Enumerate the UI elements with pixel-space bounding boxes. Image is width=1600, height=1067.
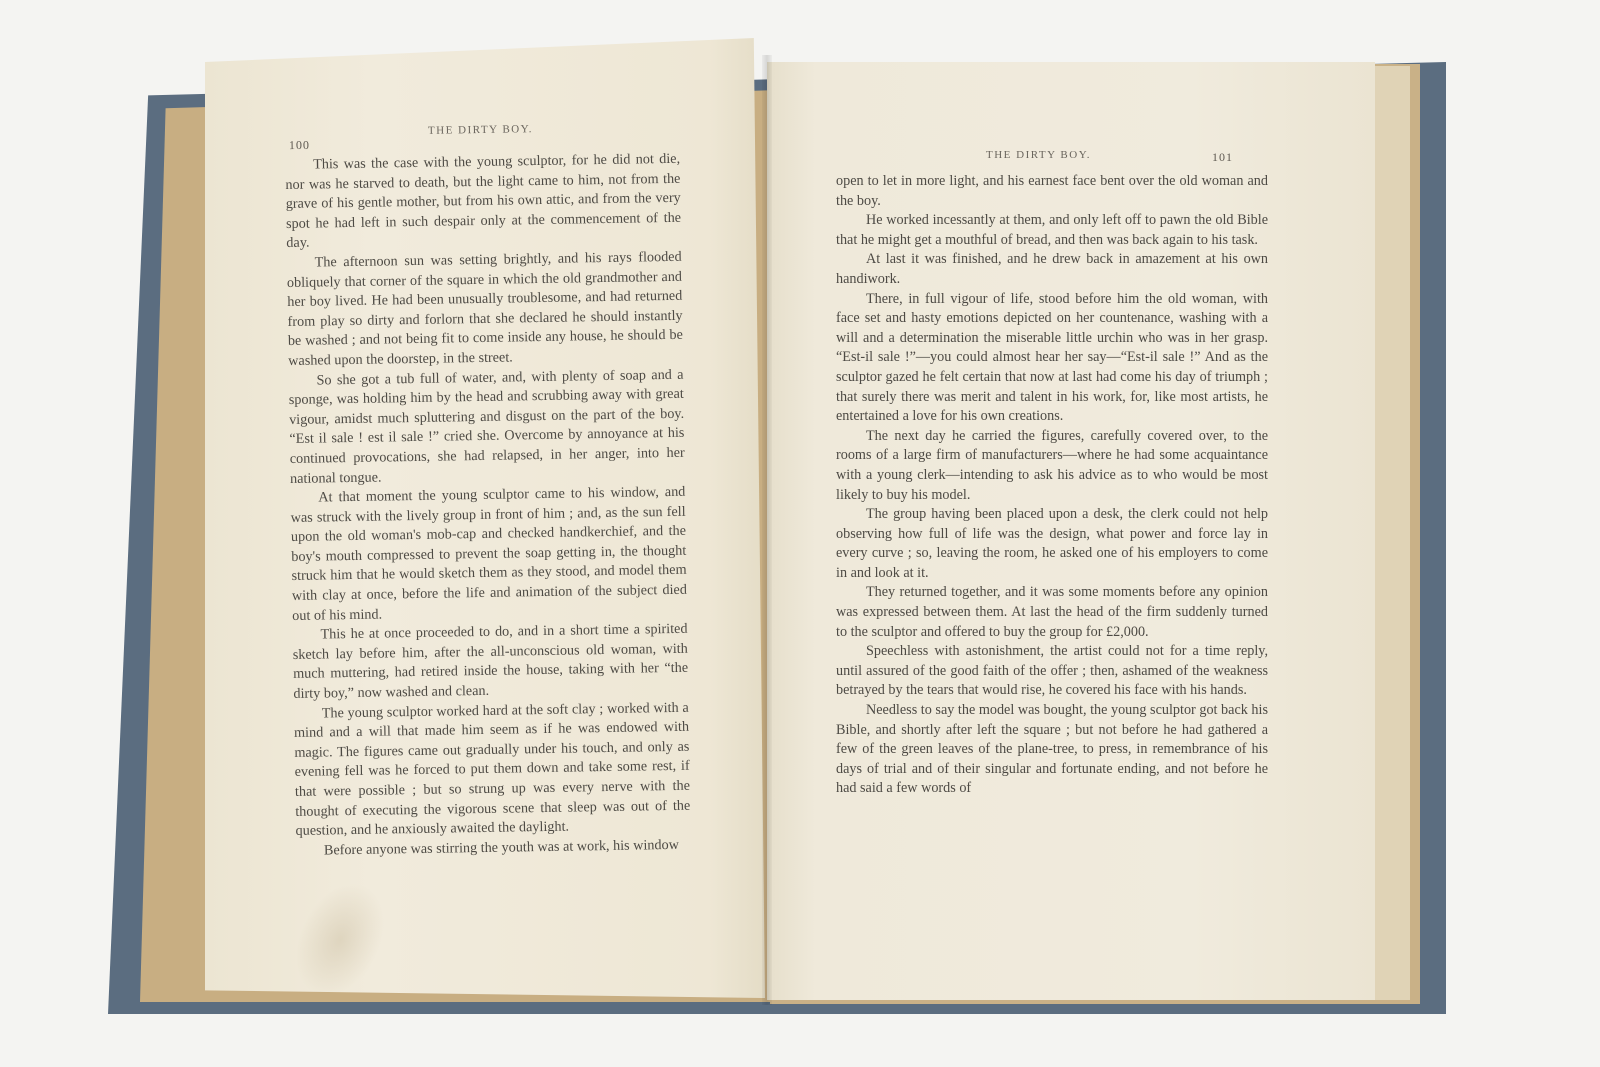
left-page-number: 100 — [289, 138, 310, 153]
book-gutter — [762, 55, 772, 1005]
paragraph: So she got a tub full of water, and, wit… — [288, 365, 685, 489]
paragraph: The afternoon sun was setting brightly, … — [287, 248, 684, 372]
paragraph: He worked incessantly at them, and only … — [836, 211, 1268, 250]
left-running-head: THE DIRTY BOY. — [428, 123, 533, 137]
paragraph: Speechless with astonishment, the artist… — [836, 642, 1268, 701]
right-page-text: open to let in more light, and his earne… — [836, 172, 1268, 799]
paragraph: The group having been placed upon a desk… — [836, 505, 1268, 583]
paragraph: At that moment the young sculptor came t… — [290, 483, 687, 626]
paragraph: open to let in more light, and his earne… — [836, 172, 1268, 211]
right-page-number: 101 — [1212, 150, 1233, 165]
left-page-text: This was the case with the young sculpto… — [285, 150, 691, 861]
paragraph: The next day he carried the figures, car… — [836, 427, 1268, 505]
paragraph: They returned together, and it was some … — [836, 583, 1268, 642]
paragraph: There, in full vigour of life, stood bef… — [836, 290, 1268, 427]
paragraph: This he at once proceeded to do, and in … — [292, 620, 688, 705]
paragraph: At last it was finished, and he drew bac… — [836, 250, 1268, 289]
paragraph: This was the case with the young sculpto… — [285, 150, 681, 254]
right-running-head: THE DIRTY BOY. — [986, 149, 1091, 161]
paragraph: The young sculptor worked hard at the so… — [294, 698, 691, 841]
paragraph: Needless to say the model was bought, th… — [836, 701, 1268, 799]
